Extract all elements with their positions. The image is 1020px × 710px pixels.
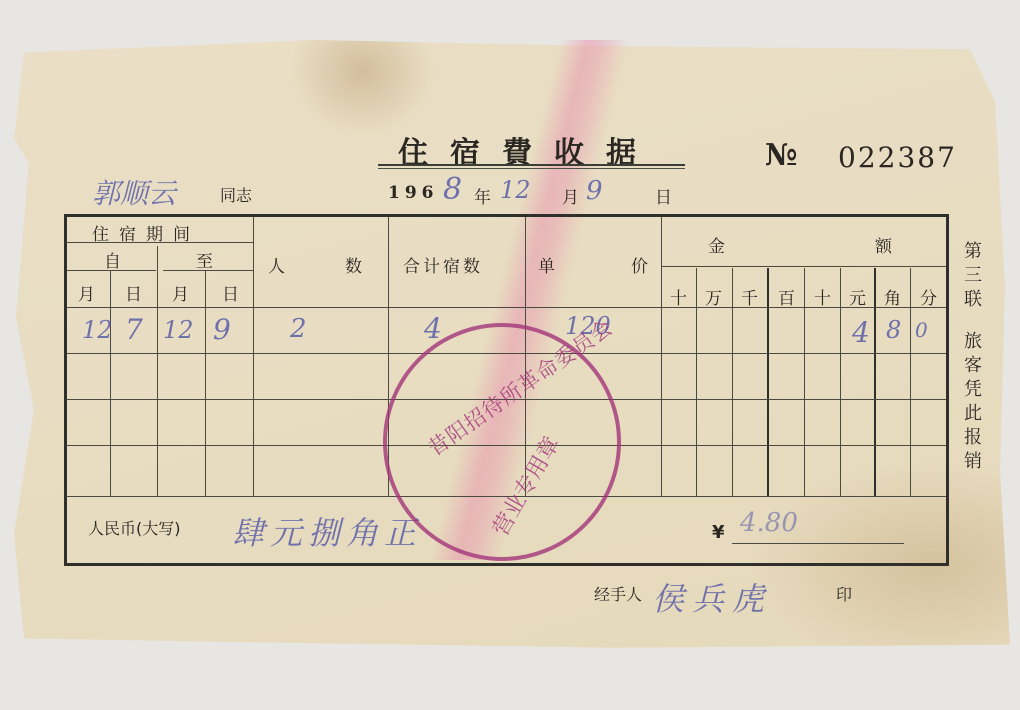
to-month-value: 12 (163, 316, 194, 344)
month-handwritten: 12 (500, 176, 531, 204)
header-digit-hundred: 百 (778, 284, 795, 309)
header-stay-period: 住宿期间 (92, 220, 200, 245)
month-label: 月 (562, 183, 579, 208)
comrade-label: 同志 (220, 183, 252, 206)
header-to-day: 日 (222, 280, 239, 305)
persons-value: 2 (290, 314, 307, 344)
header-digit-ten: 十 (814, 284, 831, 309)
header-from: 自 (104, 247, 121, 272)
serial-number: 022387 (838, 141, 957, 174)
year-label: 年 (474, 183, 491, 208)
day-label: 日 (655, 183, 672, 208)
title-underline-secondary (378, 168, 685, 169)
header-digit-ten-thousand: 万 (705, 284, 722, 309)
header-digit-thousand: 千 (741, 284, 758, 309)
total-in-words-handwritten: 肆元捌角正 (232, 508, 422, 554)
year-handwritten: 8 (443, 172, 462, 207)
title-underline (378, 164, 685, 166)
header-from-month: 月 (78, 280, 95, 305)
header-to-month: 月 (172, 280, 189, 305)
header-from-day: 日 (125, 280, 142, 305)
handler-label: 经手人 (594, 582, 642, 605)
serial-number-prefix: № (765, 138, 798, 173)
yen-amount-handwritten: 4.80 (740, 508, 798, 538)
amount-yuan-value: 4 (852, 316, 870, 349)
to-day-value: 9 (213, 313, 231, 346)
header-digit-fen: 分 (920, 284, 937, 309)
header-unit-price: 单价 (538, 252, 724, 277)
amount-jiao-value: 8 (886, 316, 901, 344)
day-handwritten: 9 (586, 176, 603, 206)
header-total-nights: 合计宿数 (403, 252, 483, 277)
header-digit-yuan: 元 (849, 284, 866, 309)
from-month-value: 12 (82, 316, 113, 344)
seal-label: 印 (836, 582, 852, 605)
payer-name-handwritten: 郭顺云 (92, 172, 176, 212)
reimbursement-note: 旅客凭此报销 (962, 330, 984, 474)
header-digit-ten-thousand-tens: 十 (670, 284, 687, 309)
amount-fen-value: 0 (915, 318, 928, 342)
handler-signature: 侯兵虎 (652, 574, 772, 620)
yen-symbol: ¥ (712, 522, 725, 543)
from-day-value: 7 (125, 313, 143, 346)
header-to: 至 (196, 247, 213, 272)
header-persons: 人数 (268, 252, 378, 277)
copy-label: 第三联 (962, 240, 984, 312)
total-in-words-label: 人民币(大写) (88, 516, 181, 539)
header-digit-jiao: 角 (884, 284, 901, 309)
year-prefix: 196 (388, 183, 439, 203)
yen-amount-underline (732, 543, 904, 544)
